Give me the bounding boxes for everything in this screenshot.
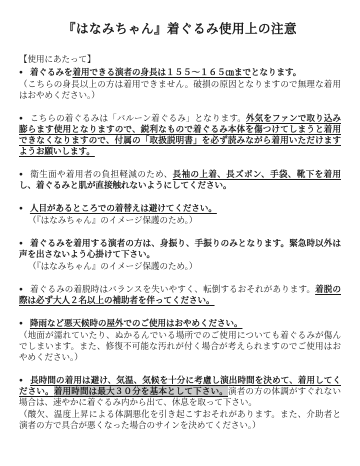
text-run: （『はなみちゃん』のイメージ保護のため。） bbox=[28, 215, 197, 225]
bullet-item: ●人目があるところでの着替えは避けてください。 bbox=[19, 203, 341, 214]
text-run: 着ぐるみを着用する演者の方は、身振り、手振りのみとなります。緊急時以外は声を出さ… bbox=[19, 238, 341, 259]
bullet-item: ●長時間の着用は避け、気温、気候を十分に考慮し演出時間を決めて、着用してください… bbox=[19, 375, 341, 408]
section-heading: 【使用にあたって】 bbox=[19, 54, 341, 65]
bullet-icon: ● bbox=[19, 115, 23, 122]
bullet-icon: ● bbox=[19, 69, 23, 76]
text-run: 着ぐるみを bbox=[30, 67, 73, 77]
bullet-icon: ● bbox=[19, 240, 23, 247]
page-title: 『はなみちゃん』着ぐるみ使用上の注意 bbox=[19, 21, 341, 37]
bullet-item: ●降雨など悪天候時の屋外でのご使用はおやめください。 bbox=[19, 318, 341, 329]
text-run: （こちらの身長以上の方は着用できません。破損の原因となりますので無理な着用はおや… bbox=[19, 79, 341, 100]
note-paragraph: （『はなみちゃん』のイメージ保護のため。） bbox=[19, 261, 341, 272]
note-paragraph: （こちらの身長以上の方は着用できません。破損の原因となりますので無理な着用はおや… bbox=[19, 79, 341, 101]
text-run: こちらの着ぐるみは「バルーン着ぐるみ」となります。 bbox=[30, 113, 246, 123]
text-run: 衛生面や着用者の負担軽減のため、 bbox=[30, 169, 172, 179]
text-run: （地面が濡れていたり、ぬかるんでいる場所でのご使用についても着ぐるみが傷んでしま… bbox=[19, 330, 341, 362]
bullet-icon: ● bbox=[19, 286, 23, 293]
bullet-item: ●着ぐるみを着用できる演者の身長は１５５～１６５㎝までとなります。 bbox=[19, 67, 341, 78]
bullet-icon: ● bbox=[19, 320, 23, 327]
text-run: し、着ぐるみと肌が直接触れないようにしてください。 bbox=[19, 180, 232, 190]
text-run: 長袖の上着、長ズボン、手袋、靴下を着用 bbox=[173, 169, 341, 179]
bullet-item: ●こちらの着ぐるみは「バルーン着ぐるみ」となります。外気をファンで取り込み膨らま… bbox=[19, 113, 341, 157]
document-body: ●着ぐるみを着用できる演者の身長は１５５～１６５㎝までとなります。（こちらの身長… bbox=[19, 67, 341, 431]
text-run: （『はなみちゃん』のイメージ保護のため。） bbox=[28, 261, 197, 271]
text-run: 着用できる演者の身長は１５５～１６５㎝まで bbox=[72, 67, 251, 77]
document-page: 『はなみちゃん』着ぐるみ使用上の注意 【使用にあたって】 ●着ぐるみを着用できる… bbox=[0, 0, 360, 466]
note-paragraph: （地面が濡れていたり、ぬかるんでいる場所でのご使用についても着ぐるみが傷んでしま… bbox=[19, 330, 341, 363]
bullet-icon: ● bbox=[19, 205, 23, 212]
bullet-icon: ● bbox=[19, 171, 23, 178]
text-run: 人目があるところでの着替えは避けてください。 bbox=[30, 203, 217, 213]
bullet-item: ●衛生面や着用者の負担軽減のため、長袖の上着、長ズボン、手袋、靴下を着用し、着ぐ… bbox=[19, 169, 341, 191]
text-run: となります。 bbox=[251, 67, 301, 77]
bullet-icon: ● bbox=[19, 377, 23, 384]
note-paragraph: （酸欠、温度上昇による体調悪化を引き起こすおそれがあります。また、介助者と演者の… bbox=[19, 409, 341, 431]
text-run: 降雨など悪天候時の屋外でのご使用はおやめください。 bbox=[30, 318, 243, 328]
text-run: 着ぐるみの着脱時はバランスを失いやすく、転倒するおそれがあります。 bbox=[30, 284, 315, 294]
bullet-item: ●着ぐるみの着脱時はバランスを失いやすく、転倒するおそれがあります。着脱の際は必… bbox=[19, 284, 341, 306]
text-run: 着用時間は最大３０分を基本として下さい。 bbox=[54, 386, 228, 396]
bullet-item: ●着ぐるみを着用する演者の方は、身振り、手振りのみとなります。緊急時以外は声を出… bbox=[19, 238, 341, 260]
text-run: （酸欠、温度上昇による体調悪化を引き起こすおそれがあります。また、介助者と演者の… bbox=[19, 409, 341, 430]
note-paragraph: （『はなみちゃん』のイメージ保護のため。） bbox=[19, 215, 341, 226]
